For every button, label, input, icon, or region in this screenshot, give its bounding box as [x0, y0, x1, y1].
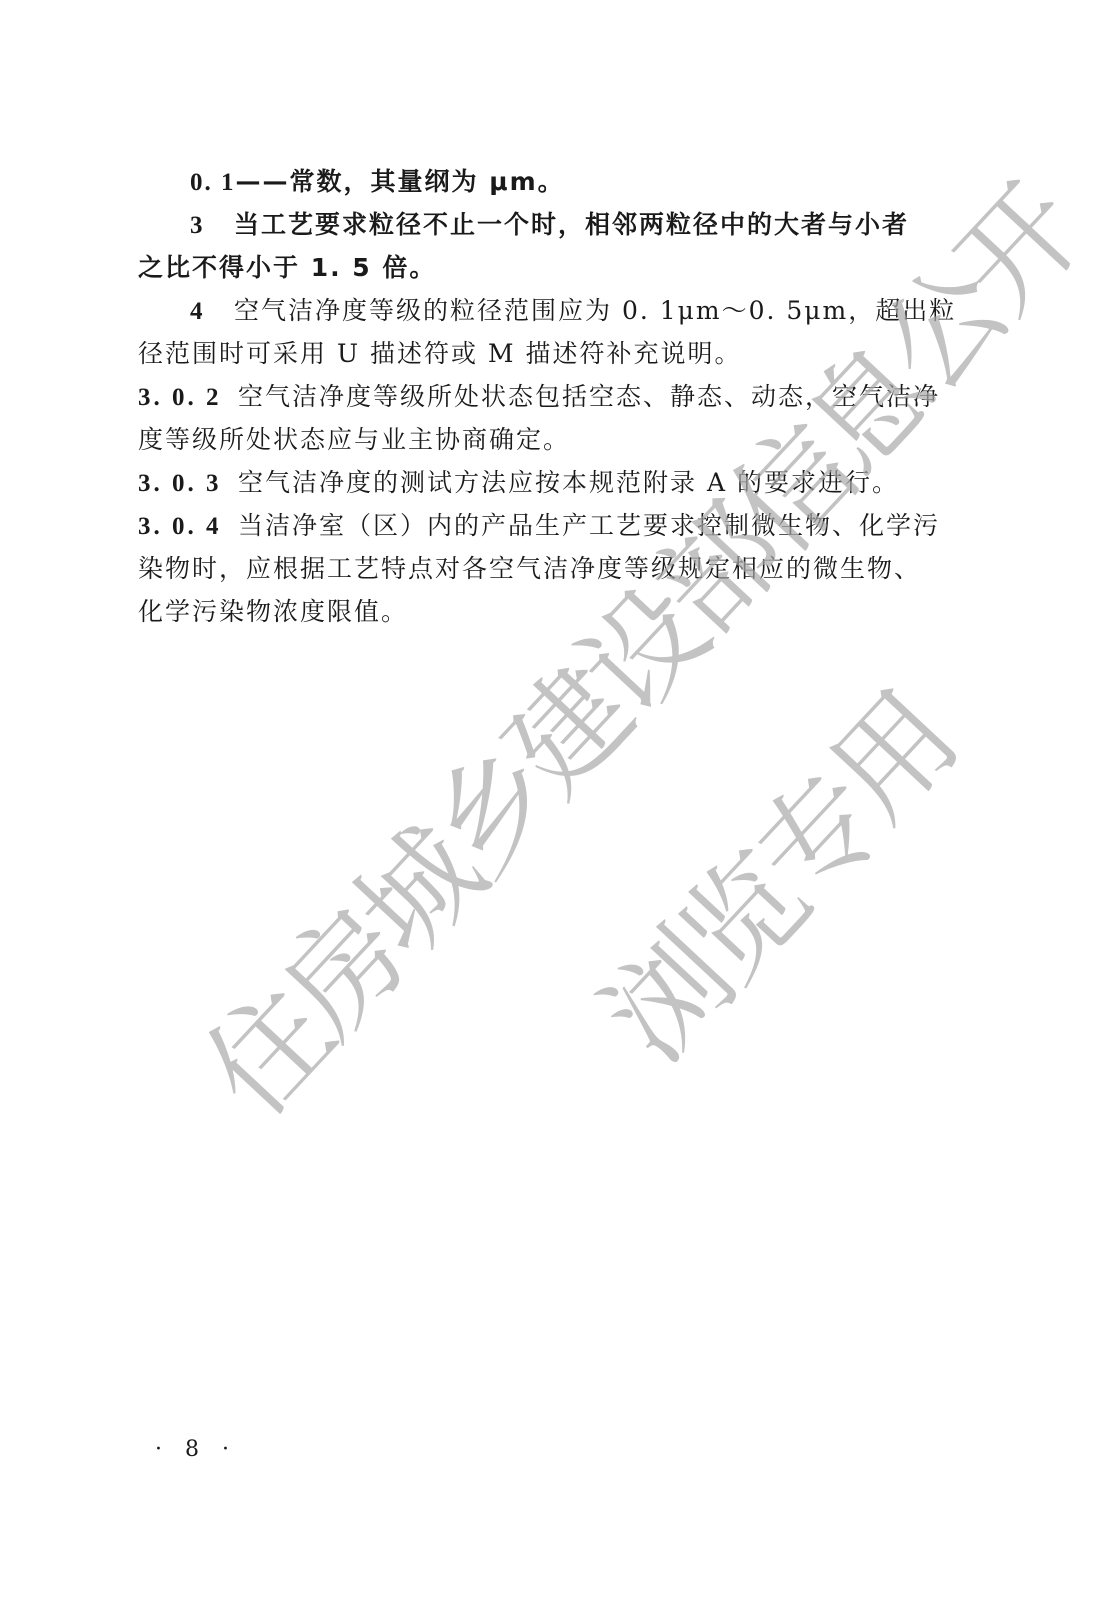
clause-number: 3. 0. 2 — [138, 376, 238, 419]
clause-text: 空气洁净度的测试方法应按本规范附录 A 的要求进行。 — [238, 468, 899, 497]
item-4-line-1: 4空气洁净度等级的粒径范围应为 0. 1μm～0. 5μm，超出粒 — [138, 289, 938, 332]
clause-text: 当洁净室（区）内的产品生产工艺要求控制微生物、化学污 — [238, 511, 940, 540]
clause-3-0-4-line-3: 化学污染物浓度限值。 — [138, 590, 938, 633]
clause-3-0-4-line-1: 3. 0. 4当洁净室（区）内的产品生产工艺要求控制微生物、化学污 — [138, 504, 938, 547]
item-number: 3 — [190, 204, 234, 247]
item-text: 径范围时可采用 U 描述符或 M 描述符补充说明。 — [138, 339, 741, 368]
clause-number: 3. 0. 3 — [138, 462, 238, 505]
clause-text: 染物时，应根据工艺特点对各空气洁净度等级规定相应的微生物、 — [138, 554, 921, 583]
constant-description: ——常数，其量纲为 μm。 — [236, 167, 565, 196]
item-3-line-2: 之比不得小于 1. 5 倍。 — [138, 246, 938, 289]
clause-3-0-4-line-2: 染物时，应根据工艺特点对各空气洁净度等级规定相应的微生物、 — [138, 547, 938, 590]
watermark-viewing-only: 浏览专用 — [560, 653, 984, 1091]
clause-text: 度等级所处状态应与业主协商确定。 — [138, 425, 570, 454]
clause-number: 3. 0. 4 — [138, 505, 238, 548]
item-number: 4 — [190, 290, 234, 333]
constant-value: 0. 1 — [190, 161, 236, 204]
document-page: 0. 1——常数，其量纲为 μm。 3当工艺要求粒径不止一个时，相邻两粒径中的大… — [0, 0, 1099, 1598]
page-number: · 8 · — [155, 1437, 237, 1462]
page-content: 0. 1——常数，其量纲为 μm。 3当工艺要求粒径不止一个时，相邻两粒径中的大… — [138, 160, 938, 633]
item-text: 当工艺要求粒径不止一个时，相邻两粒径中的大者与小者 — [234, 210, 909, 239]
item-4-line-2: 径范围时可采用 U 描述符或 M 描述符补充说明。 — [138, 332, 938, 375]
item-text: 空气洁净度等级的粒径范围应为 0. 1μm～0. 5μm，超出粒 — [234, 296, 956, 325]
clause-text: 化学污染物浓度限值。 — [138, 597, 408, 626]
constant-definition-line: 0. 1——常数，其量纲为 μm。 — [138, 160, 938, 203]
clause-3-0-3-line-1: 3. 0. 3空气洁净度的测试方法应按本规范附录 A 的要求进行。 — [138, 461, 938, 504]
item-3-line-1: 3当工艺要求粒径不止一个时，相邻两粒径中的大者与小者 — [138, 203, 938, 246]
clause-3-0-2-line-2: 度等级所处状态应与业主协商确定。 — [138, 418, 938, 461]
clause-3-0-2-line-1: 3. 0. 2空气洁净度等级所处状态包括空态、静态、动态，空气洁净 — [138, 375, 938, 418]
clause-text: 空气洁净度等级所处状态包括空态、静态、动态，空气洁净 — [238, 382, 940, 411]
item-text: 之比不得小于 1. 5 倍。 — [138, 253, 436, 282]
